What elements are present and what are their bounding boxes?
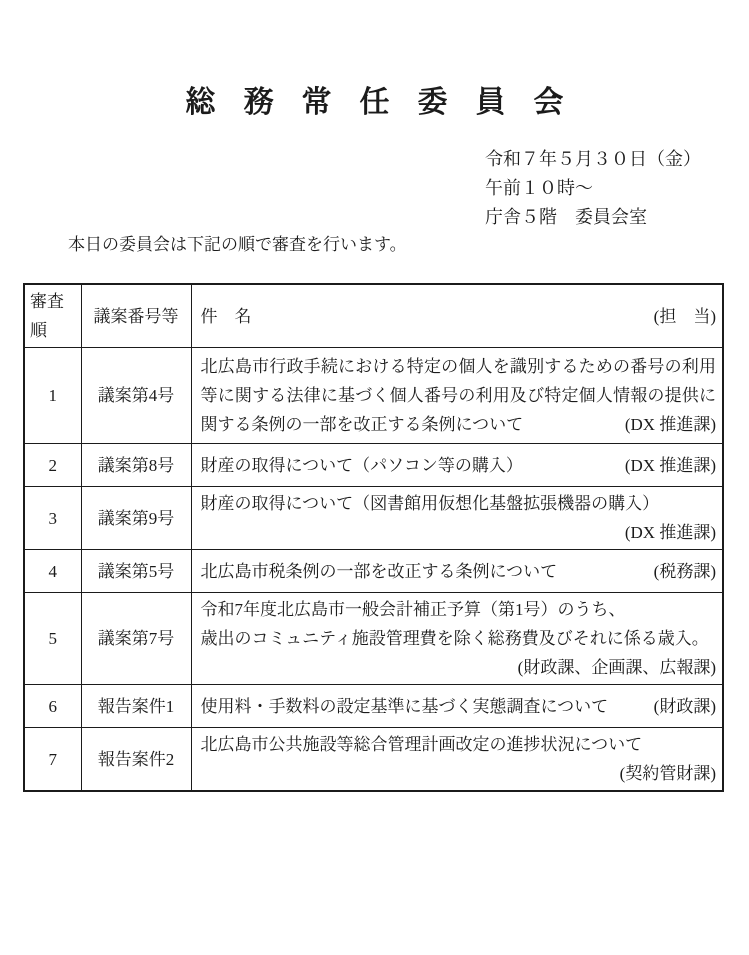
- bill-number: 議案第7号: [81, 593, 191, 685]
- review-order: 6: [24, 685, 81, 728]
- subject-line: 等に関する法律に基づく個人番号の利用及び特定個人情報の提供に: [201, 381, 717, 410]
- subject-cell: 北広島市公共施設等総合管理計画改定の進捗状況について (契約管財課): [191, 728, 723, 792]
- table-row: 3 議案第9号 財産の取得について（図書館用仮想化基盤拡張機器の購入） (DX …: [24, 487, 723, 550]
- subject-line: 北広島市行政手続における特定の個人を識別するための番号の利用: [201, 352, 717, 381]
- subject-cell: 北広島市行政手続における特定の個人を識別するための番号の利用 等に関する法律に基…: [191, 348, 723, 444]
- subject-cell: 使用料・手数料の設定基準に基づく実態調査について (財政課): [191, 685, 723, 728]
- document-title: 総務常任委員会: [0, 0, 749, 121]
- review-order: 7: [24, 728, 81, 792]
- table-row: 5 議案第7号 令和7年度北広島市一般会計補正予算（第1号）のうち、 歳出のコミ…: [24, 593, 723, 685]
- department-label: (財政課、企画課、広報課): [201, 653, 717, 682]
- subject-line: 財産の取得について（図書館用仮想化基盤拡張機器の購入）: [201, 489, 717, 518]
- review-order: 5: [24, 593, 81, 685]
- table-header-row: 審査順 議案番号等 件 名 (担 当): [24, 284, 723, 348]
- table-row: 7 報告案件2 北広島市公共施設等総合管理計画改定の進捗状況について (契約管財…: [24, 728, 723, 792]
- review-order: 3: [24, 487, 81, 550]
- table-row: 4 議案第5号 北広島市税条例の一部を改正する条例について (税務課): [24, 550, 723, 593]
- bill-number: 報告案件1: [81, 685, 191, 728]
- subject-line: 令和7年度北広島市一般会計補正予算（第1号）のうち、: [201, 595, 717, 624]
- subject-cell: 財産の取得について（パソコン等の購入） (DX 推進課): [191, 444, 723, 487]
- table-row: 2 議案第8号 財産の取得について（パソコン等の購入） (DX 推進課): [24, 444, 723, 487]
- department-label: (税務課): [654, 557, 716, 586]
- header-charge-label: (担 当): [654, 302, 716, 331]
- intro-text: 本日の委員会は下記の順で審査を行います。: [68, 233, 749, 257]
- bill-number: 報告案件2: [81, 728, 191, 792]
- subject-line: 使用料・手数料の設定基準に基づく実態調査について: [201, 692, 609, 721]
- subject-line: 北広島市税条例の一部を改正する条例について: [201, 557, 558, 586]
- department-label: (DX 推進課): [201, 518, 717, 547]
- review-order: 4: [24, 550, 81, 593]
- subject-cell: 財産の取得について（図書館用仮想化基盤拡張機器の購入） (DX 推進課): [191, 487, 723, 550]
- table-row: 1 議案第4号 北広島市行政手続における特定の個人を識別するための番号の利用 等…: [24, 348, 723, 444]
- table-row: 6 報告案件1 使用料・手数料の設定基準に基づく実態調査について (財政課): [24, 685, 723, 728]
- review-order: 2: [24, 444, 81, 487]
- bill-number: 議案第5号: [81, 550, 191, 593]
- department-label: (DX 推進課): [625, 451, 716, 480]
- meeting-date: 令和７年５月３０日（金）: [485, 145, 749, 174]
- department-label: (DX 推進課): [625, 410, 716, 439]
- header-review-order: 審査順: [24, 284, 81, 348]
- department-label: (財政課): [654, 692, 716, 721]
- bill-number: 議案第9号: [81, 487, 191, 550]
- department-label: (契約管財課): [201, 759, 717, 788]
- subject-line: 歳出のコミュニティ施設管理費を除く総務費及びそれに係る歳入。: [201, 624, 717, 653]
- meeting-info-block: 令和７年５月３０日（金） 午前１０時～ 庁舎５階 委員会室: [485, 145, 749, 232]
- header-bill-number: 議案番号等: [81, 284, 191, 348]
- bill-number: 議案第4号: [81, 348, 191, 444]
- document-page: 総務常任委員会 令和７年５月３０日（金） 午前１０時～ 庁舎５階 委員会室 本日…: [0, 0, 749, 955]
- subject-line: 関する条例の一部を改正する条例について: [201, 410, 524, 439]
- meeting-place: 庁舎５階 委員会室: [485, 203, 749, 232]
- meeting-time: 午前１０時～: [485, 174, 749, 203]
- header-subject: 件 名 (担 当): [191, 284, 723, 348]
- header-subject-label: 件 名: [201, 302, 252, 331]
- subject-cell: 令和7年度北広島市一般会計補正予算（第1号）のうち、 歳出のコミュニティ施設管理…: [191, 593, 723, 685]
- agenda-table: 審査順 議案番号等 件 名 (担 当) 1 議案第4号 北広島市行政手続における…: [23, 283, 724, 792]
- subject-cell: 北広島市税条例の一部を改正する条例について (税務課): [191, 550, 723, 593]
- subject-line: 北広島市公共施設等総合管理計画改定の進捗状況について: [201, 730, 717, 759]
- subject-line: 財産の取得について（パソコン等の購入）: [201, 451, 523, 480]
- review-order: 1: [24, 348, 81, 444]
- bill-number: 議案第8号: [81, 444, 191, 487]
